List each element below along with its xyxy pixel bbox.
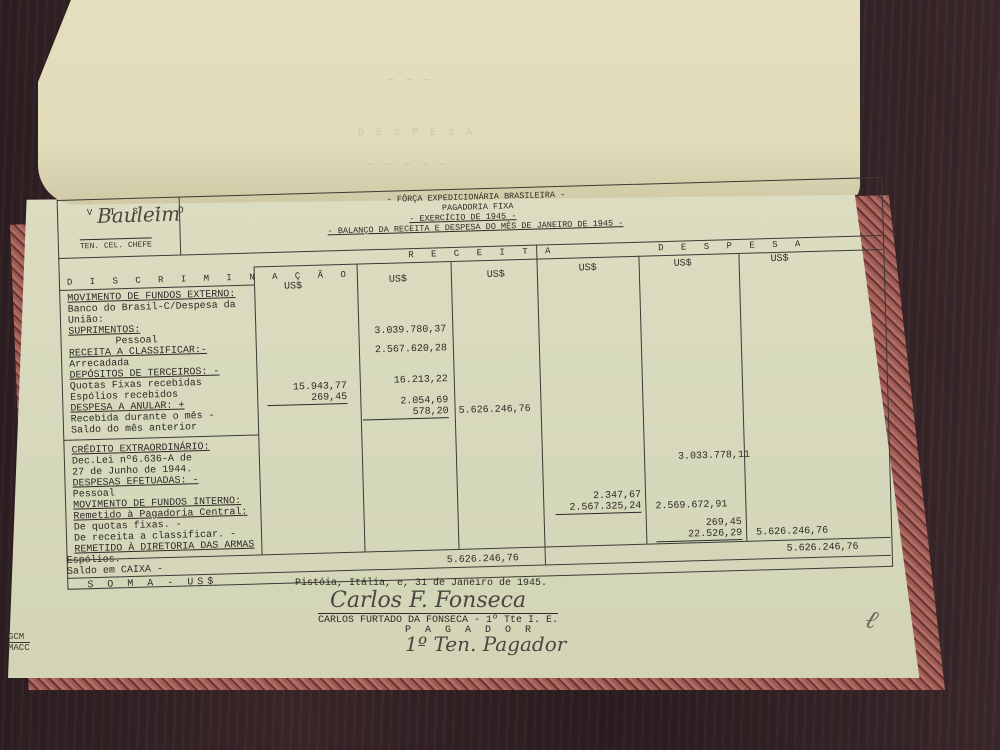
payer-signature: Carlos F. Fonseca xyxy=(330,588,526,613)
value-despesa-total: 5.626.246,76 xyxy=(756,526,828,539)
margin-stamp-line-2: MACC xyxy=(8,643,30,653)
handwritten-role: 1º Ten. Pagador xyxy=(405,632,566,656)
value-remetido-pagadoria: 2.569.672,91 xyxy=(655,499,727,512)
soma-receita: 5.626.246,76 xyxy=(447,553,519,566)
currency-receita-2: US$ xyxy=(389,274,407,285)
currency-despesa-2: US$ xyxy=(673,258,691,269)
currency-despesa-1: US$ xyxy=(579,263,597,274)
soma-despesa: 5.626.246,76 xyxy=(786,542,858,555)
visto-title: TEN. CEL. CHEFE xyxy=(80,237,152,252)
currency-receita-1: US$ xyxy=(284,281,302,292)
currency-despesa-3: US$ xyxy=(770,254,788,265)
visto-signature: Bauleim xyxy=(97,209,180,222)
value-saldo-anterior: 578,20 xyxy=(363,406,449,420)
value-receita-total: 5.626.246,76 xyxy=(459,404,531,417)
margin-stamp: GCM MACC xyxy=(8,632,30,653)
balance-sheet: V I S T O Bauleim TEN. CEL. CHEFE - FÔRÇ… xyxy=(56,155,897,588)
margin-stamp-line-1: GCM xyxy=(8,632,30,643)
value-espolios-recebidos: 269,45 xyxy=(267,392,347,406)
value-de-receita: 2.567.325,24 xyxy=(555,501,641,515)
value-saldo-caixa: 22.526,29 xyxy=(656,528,742,542)
currency-receita-3: US$ xyxy=(487,270,505,281)
